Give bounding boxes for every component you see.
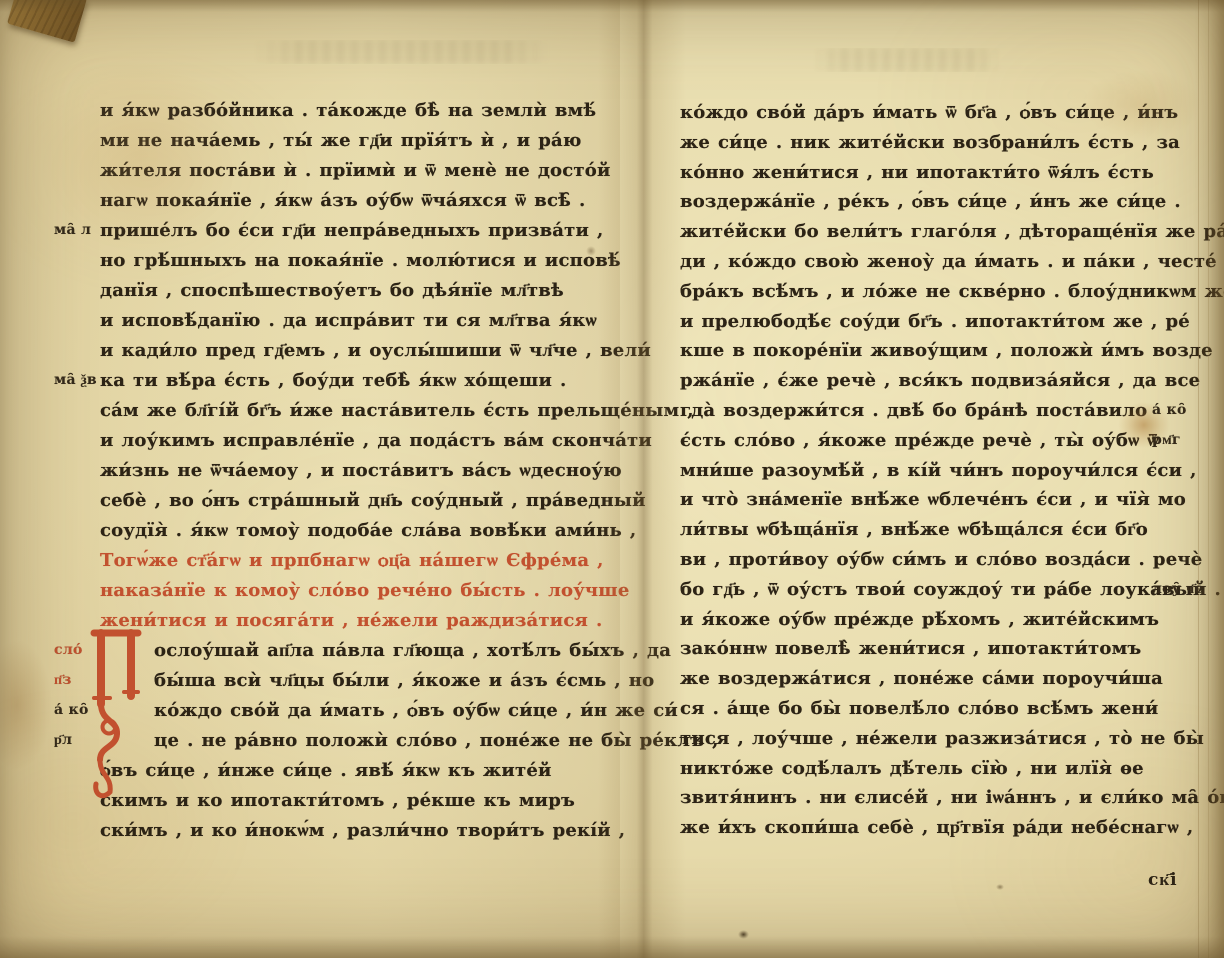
text-line: ѻ́въ си́це , и́нже си́це . явѣ́ я́кѡ къ … — [100, 756, 624, 786]
text-line: гда̀ воздержи́тся . двѣ́ бо бра́нѣ поста… — [680, 396, 1188, 426]
text-line: и я́кѡ разбо́йника . та́кожде бѣ̀ на зем… — [100, 96, 624, 126]
right-page-text: ко́ждо сво́й да́ръ и́мать ѿ бг҃а , ѻ́въ … — [680, 98, 1188, 843]
text-line: ски́мъ , и ко и́нокѡ́м , разли́чно твори… — [100, 816, 624, 846]
text-line: наказа́нїе к комоу̀ сло́во рече́но бы́ст… — [100, 576, 624, 606]
text-line: ли́твы ѡбѣща́нїя , внѣ́же ѡбѣща́лся є́си… — [680, 515, 1188, 545]
margin-note: ма̑ л — [54, 222, 91, 238]
text-line: ржа́нїе , є́же речѐ , вся́къ подвиза́яйс… — [680, 366, 1188, 396]
margin-note: а́ ко̑ — [54, 702, 89, 718]
text-line: и лоу́кимъ исправле́нїе , да пода́стъ ва… — [100, 426, 624, 456]
text-line: никто́же содѣ́лалъ дѣ́тель сїю̀ , ни илї… — [680, 754, 1188, 784]
text-line: же си́це . ник жите́йски возбрани́лъ є́с… — [680, 128, 1188, 158]
text-line: є́сть сло́во , я́коже пре́жде речѐ , ты̀… — [680, 426, 1188, 456]
text-line: кше в покоре́нїи живоу́щим , положѝ и́мъ… — [680, 336, 1188, 366]
text-line: ка ти вѣ́ра є́сть , боу́ди тебѣ̀ я́кѡ хо… — [100, 366, 624, 396]
text-line: ко́ждо сво́й да и́мать , ѻ́въ оу́бѡ си́ц… — [100, 696, 624, 726]
text-line: бо гд҃ь , ѿ оу́стъ твои́ соуждоу́ ти ра́… — [680, 575, 1188, 605]
stain — [738, 930, 749, 939]
top-edge-shadow — [0, 0, 1224, 12]
margin-note: сло́ — [54, 642, 83, 658]
text-line: и я́коже оу́бѡ пре́жде рѣ́хомъ , жите́йс… — [680, 605, 1188, 635]
margin-note: а́ ко̑ — [1152, 402, 1187, 418]
fore-edge-shadow — [1194, 0, 1224, 958]
margin-note: рм҃г — [1152, 432, 1181, 449]
text-line: скимъ и ко ипотакти́томъ , ре́кше къ мир… — [100, 786, 624, 816]
page-edge-line — [1208, 0, 1209, 958]
bottom-edge-shadow — [0, 936, 1224, 958]
text-line: звитя́нинъ . ни єлисе́й , ни іѡа́ннъ , и… — [680, 783, 1188, 813]
page-edge-line — [1198, 0, 1199, 958]
left-page-text: и я́кѡ разбо́йника . та́кожде бѣ̀ на зем… — [100, 96, 624, 846]
text-line: но грѣ́шныхъ на покая́нїе . молю́тися и … — [100, 246, 624, 276]
margin-note: лоу̑ ч҃е — [1152, 581, 1204, 598]
text-line: нагѡ покая́нїе , я́кѡ а́зъ оу́бѡ ѿча́яхс… — [100, 186, 624, 216]
margin-note: р҃л — [54, 732, 72, 749]
text-line: и кади́ло пред гд҃емъ , и оуслы́шиши ѿ ч… — [100, 336, 624, 366]
text-line: ослоу́шай ап҃ла па́вла гл҃юща , хотѣ́лъ … — [100, 636, 624, 666]
text-line: же и́хъ скопи́ша себѐ , цр҃твїя ра́ди не… — [680, 813, 1188, 843]
text-line: тися , лоу́чше , не́жели разжиза́тися , … — [680, 724, 1188, 754]
showthrough-smudge-right — [812, 48, 1002, 72]
text-line: мни́ше разоумѣ́й , в кі́й чи́нъ пороучи́… — [680, 456, 1188, 486]
stain — [0, 640, 52, 770]
book-scan-photo: и я́кѡ разбо́йника . та́кожде бѣ̀ на зем… — [0, 0, 1224, 958]
text-line: жите́йски бо вели́тъ глаго́ля , дѣтораще… — [680, 217, 1188, 247]
wooden-clasp-tab — [7, 0, 87, 43]
text-line: и исповѣ́данїю . да испра́вит ти ся мл҃т… — [100, 306, 624, 336]
text-line: Тогѡ́же ст҃а́гѡ и прпбнагѡ ѻц҃а на́шегѡ … — [100, 546, 624, 576]
text-line: прише́лъ бо є́си гд҃и непра́ведныхъ приз… — [100, 216, 624, 246]
stain — [996, 884, 1004, 890]
text-line: зако́ннѡ повелѣ̀ жени́тися , ипотакти́то… — [680, 634, 1188, 664]
text-line: ся . а́ще бо бы̀ повелѣ́ло сло́во всѣ́мъ… — [680, 694, 1188, 724]
text-line: и что̀ зна́менїе внѣ́же ѡблече́нъ є́си ,… — [680, 485, 1188, 515]
text-line: жи́теля поста́ви ѝ . прїимѝ и ѿ менѐ не … — [100, 156, 624, 186]
text-line: ви , проти́воу оу́бѡ си́мъ и сло́во возд… — [680, 545, 1188, 575]
text-line: жени́тися и посяга́ти , не́жели раждиза́… — [100, 606, 624, 636]
folio-number: ск҃і — [1148, 870, 1178, 890]
text-line: жи́знь не ѿча́емоу , и поста́витъ ва́съ … — [100, 456, 624, 486]
text-line: же воздержа́тися , поне́же са́ми пороучи… — [680, 664, 1188, 694]
drop-cap-initial-p — [88, 626, 144, 804]
text-line: воздержа́нїе , ре́къ , ѻ́въ си́це , и́нъ… — [680, 187, 1188, 217]
text-line: це . не ра́вно положѝ сло́во , поне́же н… — [100, 726, 624, 756]
text-line: са́м же бл҃гі́й бг҃ъ и́же наста́витель є… — [100, 396, 624, 426]
text-line: бы́ша всѝ чл҃цы бы́ли , я́коже и а́зъ є́… — [100, 666, 624, 696]
margin-note: ма̑ ѯв — [54, 372, 97, 389]
text-line: ми не нача́емь , ты́ же гд҃и прїя́тъ ѝ ,… — [100, 126, 624, 156]
text-line: ди , ко́ждо свою̀ женоу̀ да и́мать . и п… — [680, 247, 1188, 277]
margin-note: п҃з — [54, 672, 72, 689]
text-line: ко́ждо сво́й да́ръ и́мать ѿ бг҃а , ѻ́въ … — [680, 98, 1188, 128]
text-line: соудїя̀ . я́кѡ томоу̀ подоба́е сла́ва во… — [100, 516, 624, 546]
showthrough-smudge-left — [252, 40, 552, 64]
text-line: и прелюбодѣ́є соу́ди бг҃ъ . ипотакти́том… — [680, 307, 1188, 337]
text-line: ко́нно жени́тися , ни ипотакти́то ѿя́лъ … — [680, 158, 1188, 188]
text-line: себѐ , во ѻ́нъ стра́шный дн҃ь соу́дный ,… — [100, 486, 624, 516]
text-line: бра́къ всѣ́мъ , и ло́же не скве́рно . бл… — [680, 277, 1188, 307]
text-line: данїя , споспѣшествоу́етъ бо дѣя́нїе мл҃… — [100, 276, 624, 306]
